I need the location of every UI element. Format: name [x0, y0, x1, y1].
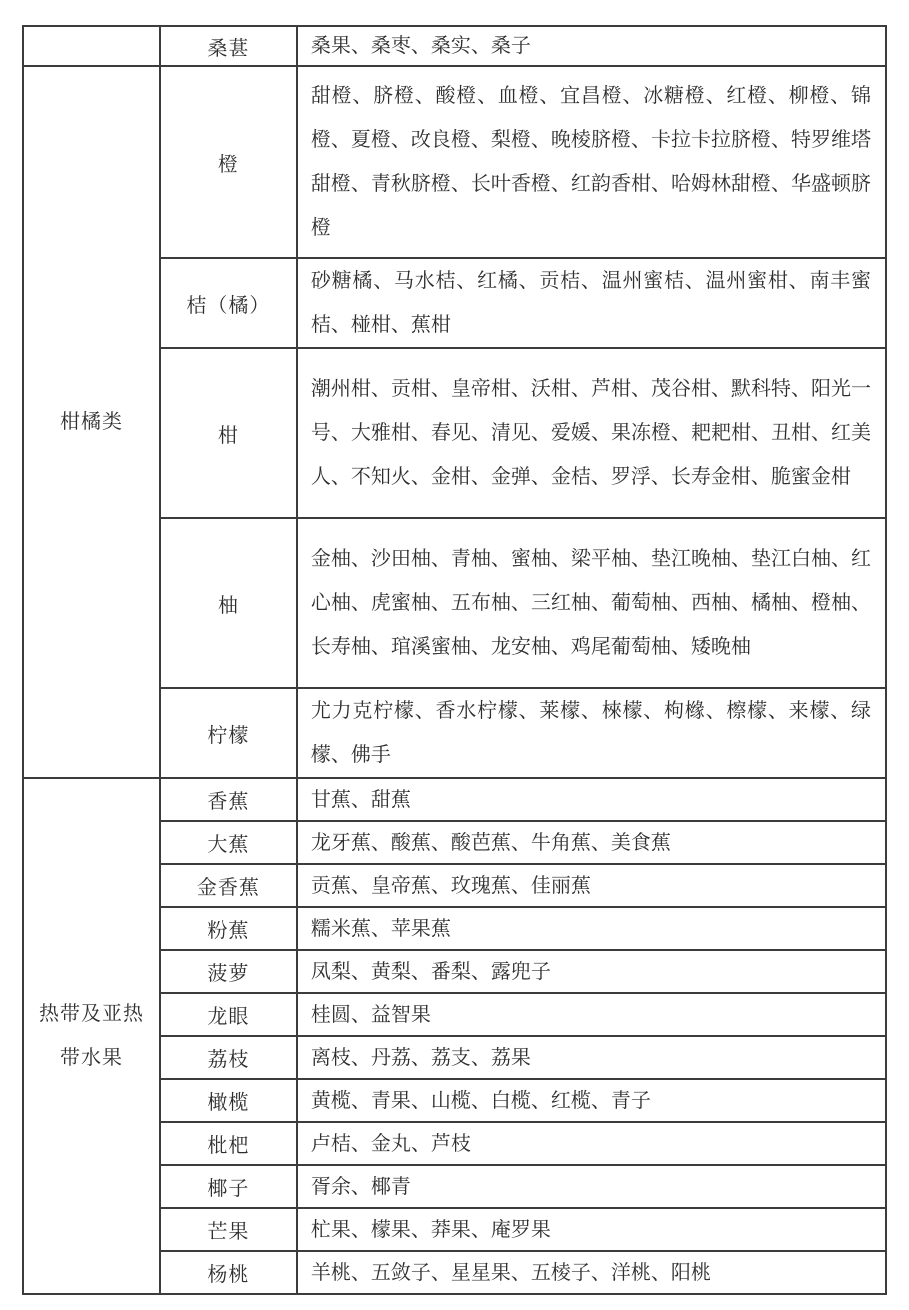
category-cell-tropical: 热带及亚热带水果 [23, 778, 160, 1294]
alias-cell: 糯米蕉、苹果蕉 [297, 907, 886, 950]
alias-cell: 甜橙、脐橙、酸橙、血橙、宜昌橙、冰糖橙、红橙、柳橙、锦橙、夏橙、改良橙、梨橙、晚… [297, 66, 886, 258]
alias-cell: 潮州柑、贡柑、皇帝柑、沃柑、芦柑、茂谷柑、默科特、阳光一号、大雅柑、春见、清见、… [297, 348, 886, 518]
alias-cell: 凤梨、黄梨、番梨、露兜子 [297, 950, 886, 993]
alias-cell: 黄榄、青果、山榄、白榄、红榄、青子 [297, 1079, 886, 1122]
table-row: 柑橘类 橙 甜橙、脐橙、酸橙、血橙、宜昌橙、冰糖橙、红橙、柳橙、锦橙、夏橙、改良… [23, 66, 886, 258]
fruit-name-cell: 杨桃 [160, 1251, 297, 1294]
category-cell-citrus: 柑橘类 [23, 66, 160, 778]
alias-cell: 甘蕉、甜蕉 [297, 778, 886, 821]
table-row: 热带及亚热带水果 香蕉 甘蕉、甜蕉 [23, 778, 886, 821]
fruit-name-cell: 粉蕉 [160, 907, 297, 950]
fruit-name-cell: 香蕉 [160, 778, 297, 821]
alias-cell: 羊桃、五敛子、星星果、五棱子、洋桃、阳桃 [297, 1251, 886, 1294]
fruit-name-cell: 芒果 [160, 1208, 297, 1251]
table-row: 桑葚 桑果、桑枣、桑实、桑子 [23, 26, 886, 66]
fruit-alias-table: 桑葚 桑果、桑枣、桑实、桑子 柑橘类 橙 甜橙、脐橙、酸橙、血橙、宜昌橙、冰糖橙… [22, 25, 887, 1295]
fruit-name-cell: 荔枝 [160, 1036, 297, 1079]
alias-cell: 杧果、檬果、莽果、庵罗果 [297, 1208, 886, 1251]
fruit-name-cell: 桑葚 [160, 26, 297, 66]
fruit-name-cell: 橄榄 [160, 1079, 297, 1122]
alias-cell: 贡蕉、皇帝蕉、玫瑰蕉、佳丽蕉 [297, 864, 886, 907]
fruit-name-cell: 柑 [160, 348, 297, 518]
fruit-name-cell: 枇杷 [160, 1122, 297, 1165]
alias-cell: 离枝、丹荔、荔支、荔果 [297, 1036, 886, 1079]
fruit-name-cell: 龙眼 [160, 993, 297, 1036]
alias-cell: 卢桔、金丸、芦枝 [297, 1122, 886, 1165]
alias-cell: 金柚、沙田柚、青柚、蜜柚、梁平柚、垫江晚柚、垫江白柚、红心柚、虎蜜柚、五布柚、三… [297, 518, 886, 688]
fruit-name-cell: 桔（橘） [160, 258, 297, 348]
alias-cell: 桂圆、益智果 [297, 993, 886, 1036]
fruit-name-cell: 椰子 [160, 1165, 297, 1208]
fruit-name-cell: 柠檬 [160, 688, 297, 778]
fruit-name-cell: 柚 [160, 518, 297, 688]
category-cell-empty [23, 26, 160, 66]
fruit-name-cell: 菠萝 [160, 950, 297, 993]
alias-cell: 胥余、椰青 [297, 1165, 886, 1208]
fruit-name-cell: 金香蕉 [160, 864, 297, 907]
fruit-name-cell: 橙 [160, 66, 297, 258]
fruit-name-cell: 大蕉 [160, 821, 297, 864]
alias-cell: 砂糖橘、马水桔、红橘、贡桔、温州蜜桔、温州蜜柑、南丰蜜桔、椪柑、蕉柑 [297, 258, 886, 348]
alias-cell: 桑果、桑枣、桑实、桑子 [297, 26, 886, 66]
alias-cell: 尤力克柠檬、香水柠檬、莱檬、棶檬、枸橼、檫檬、来檬、绿檬、佛手 [297, 688, 886, 778]
alias-cell: 龙牙蕉、酸蕉、酸芭蕉、牛角蕉、美食蕉 [297, 821, 886, 864]
